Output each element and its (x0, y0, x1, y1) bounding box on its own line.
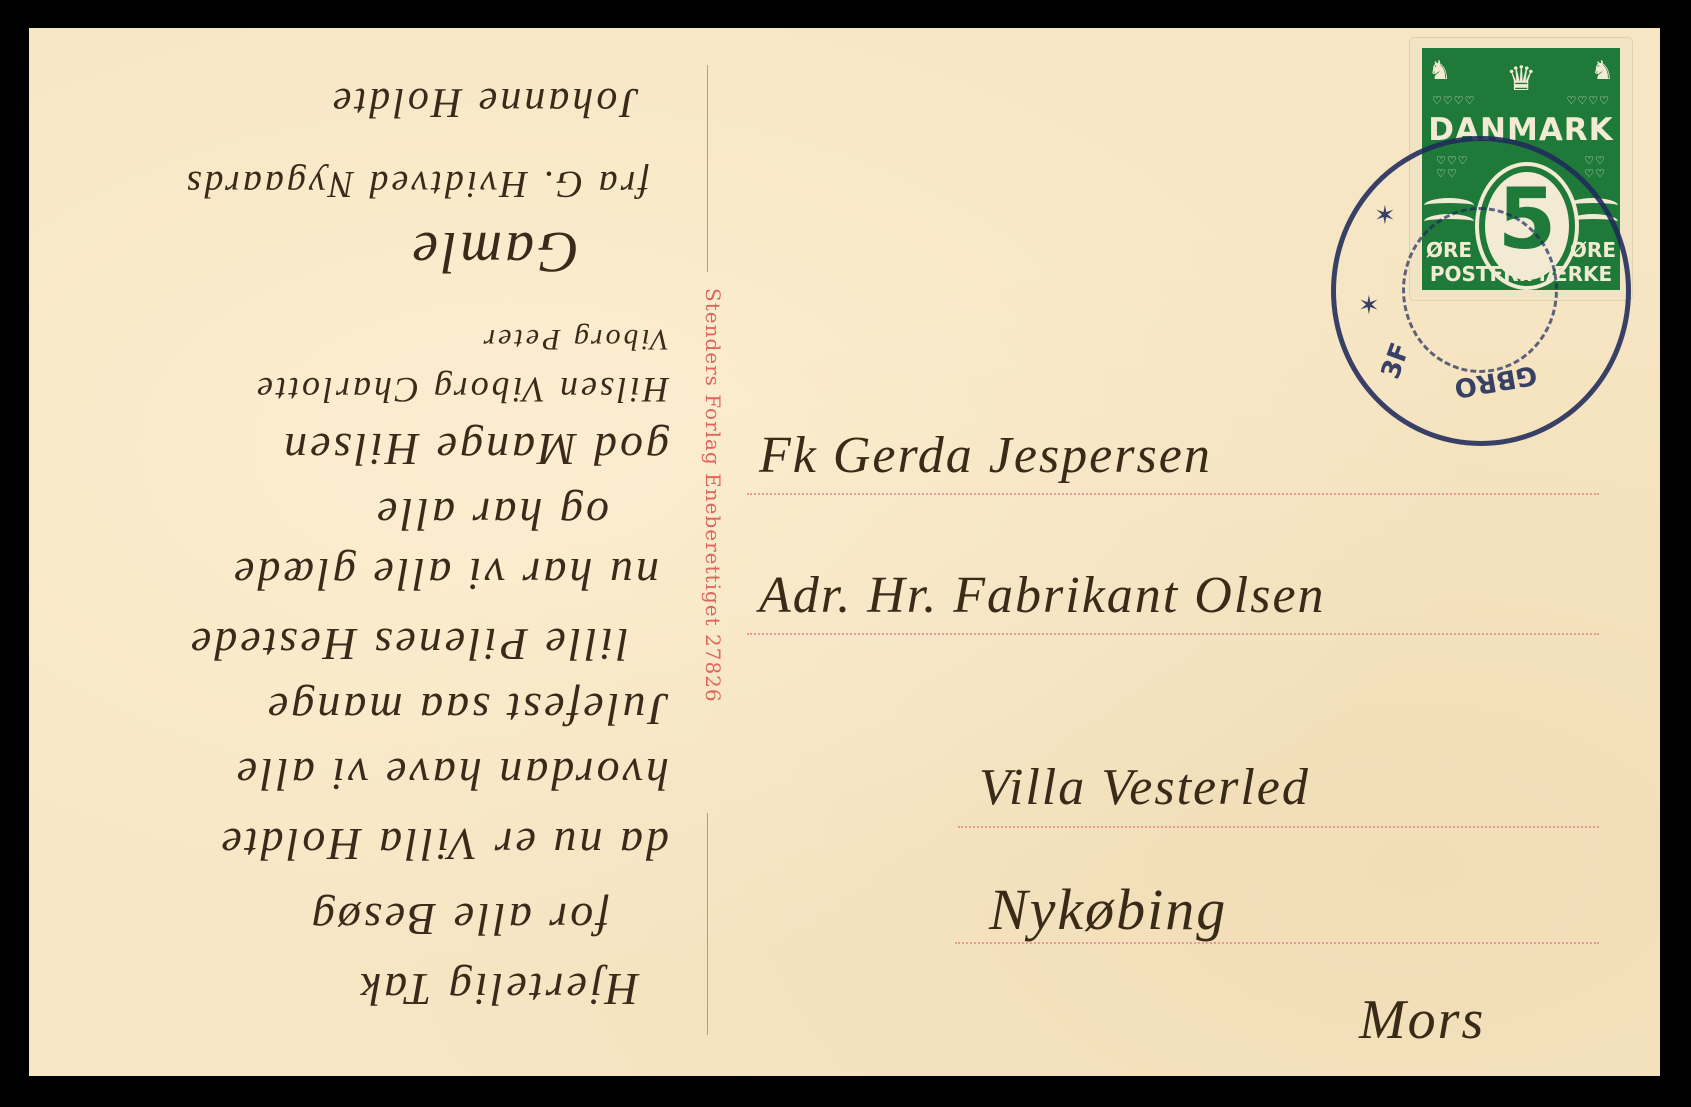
message-line: Hjertelig Tak (358, 963, 639, 1016)
postcard-back: Hjertelig Tak for alle Besøg da nu er Vi… (29, 28, 1660, 1076)
star-icon: ✶ (1358, 291, 1380, 321)
hearts-icon: ♡♡♡♡ (1567, 94, 1610, 107)
postmark: ✶ ✶ 3F GBRO (1331, 136, 1631, 446)
crown-icon: ♛ (1506, 62, 1536, 96)
message-line: Viborg Peter (481, 322, 669, 356)
address-rule-3 (958, 826, 1599, 828)
message-line: Gamle (409, 219, 579, 286)
address-line-recipient: Fk Gerda Jespersen (759, 426, 1212, 485)
lion-icon: ♞ (1428, 56, 1451, 86)
address-line-island: Mors (1359, 988, 1485, 1052)
message-line: Julefest saa mange (265, 683, 669, 736)
address-rule-1 (747, 493, 1599, 495)
postmark-date: 3F (1376, 339, 1416, 383)
hearts-icon: ♡♡♡♡ (1584, 154, 1606, 180)
divider-line-bottom (707, 813, 708, 1035)
address-line-care-of: Adr. Hr. Fabrikant Olsen (759, 566, 1326, 625)
message-line: og har alle (374, 488, 609, 541)
message-line: god Mange Hilsen (281, 423, 669, 476)
message-line: nu har vi alle glæde (231, 548, 659, 601)
hearts-icon: ♡♡♡♡ (1432, 94, 1475, 107)
postmark-inner-ring (1402, 207, 1558, 373)
address-line-villa: Villa Vesterled (979, 758, 1310, 817)
message-line: hvordan have vi alle (234, 748, 669, 801)
message-line: Hilsen Viborg Charlotte (254, 369, 669, 411)
lion-icon: ♞ (1591, 56, 1614, 86)
address-rule-2 (747, 633, 1599, 635)
publisher-imprint-text: Stenders Forlag Eneberettiget 27826 (701, 288, 725, 703)
address-line-town: Nykøbing (989, 876, 1227, 943)
message-line: fra G. Hvidtved Nygaards (184, 162, 649, 206)
message-line: Johanne Holdte (330, 78, 639, 126)
star-icon: ✶ (1374, 201, 1396, 231)
message-line: for alle Besøg (309, 893, 609, 946)
handwritten-message: Hjertelig Tak for alle Besøg da nu er Vi… (29, 28, 669, 1076)
divider-line-top (707, 65, 708, 272)
message-line: da nu er Villa Holdte (218, 818, 669, 871)
message-line: lille Pilenes Hestede (188, 618, 629, 671)
publisher-imprint: Stenders Forlag Eneberettiget 27826 (691, 288, 725, 798)
